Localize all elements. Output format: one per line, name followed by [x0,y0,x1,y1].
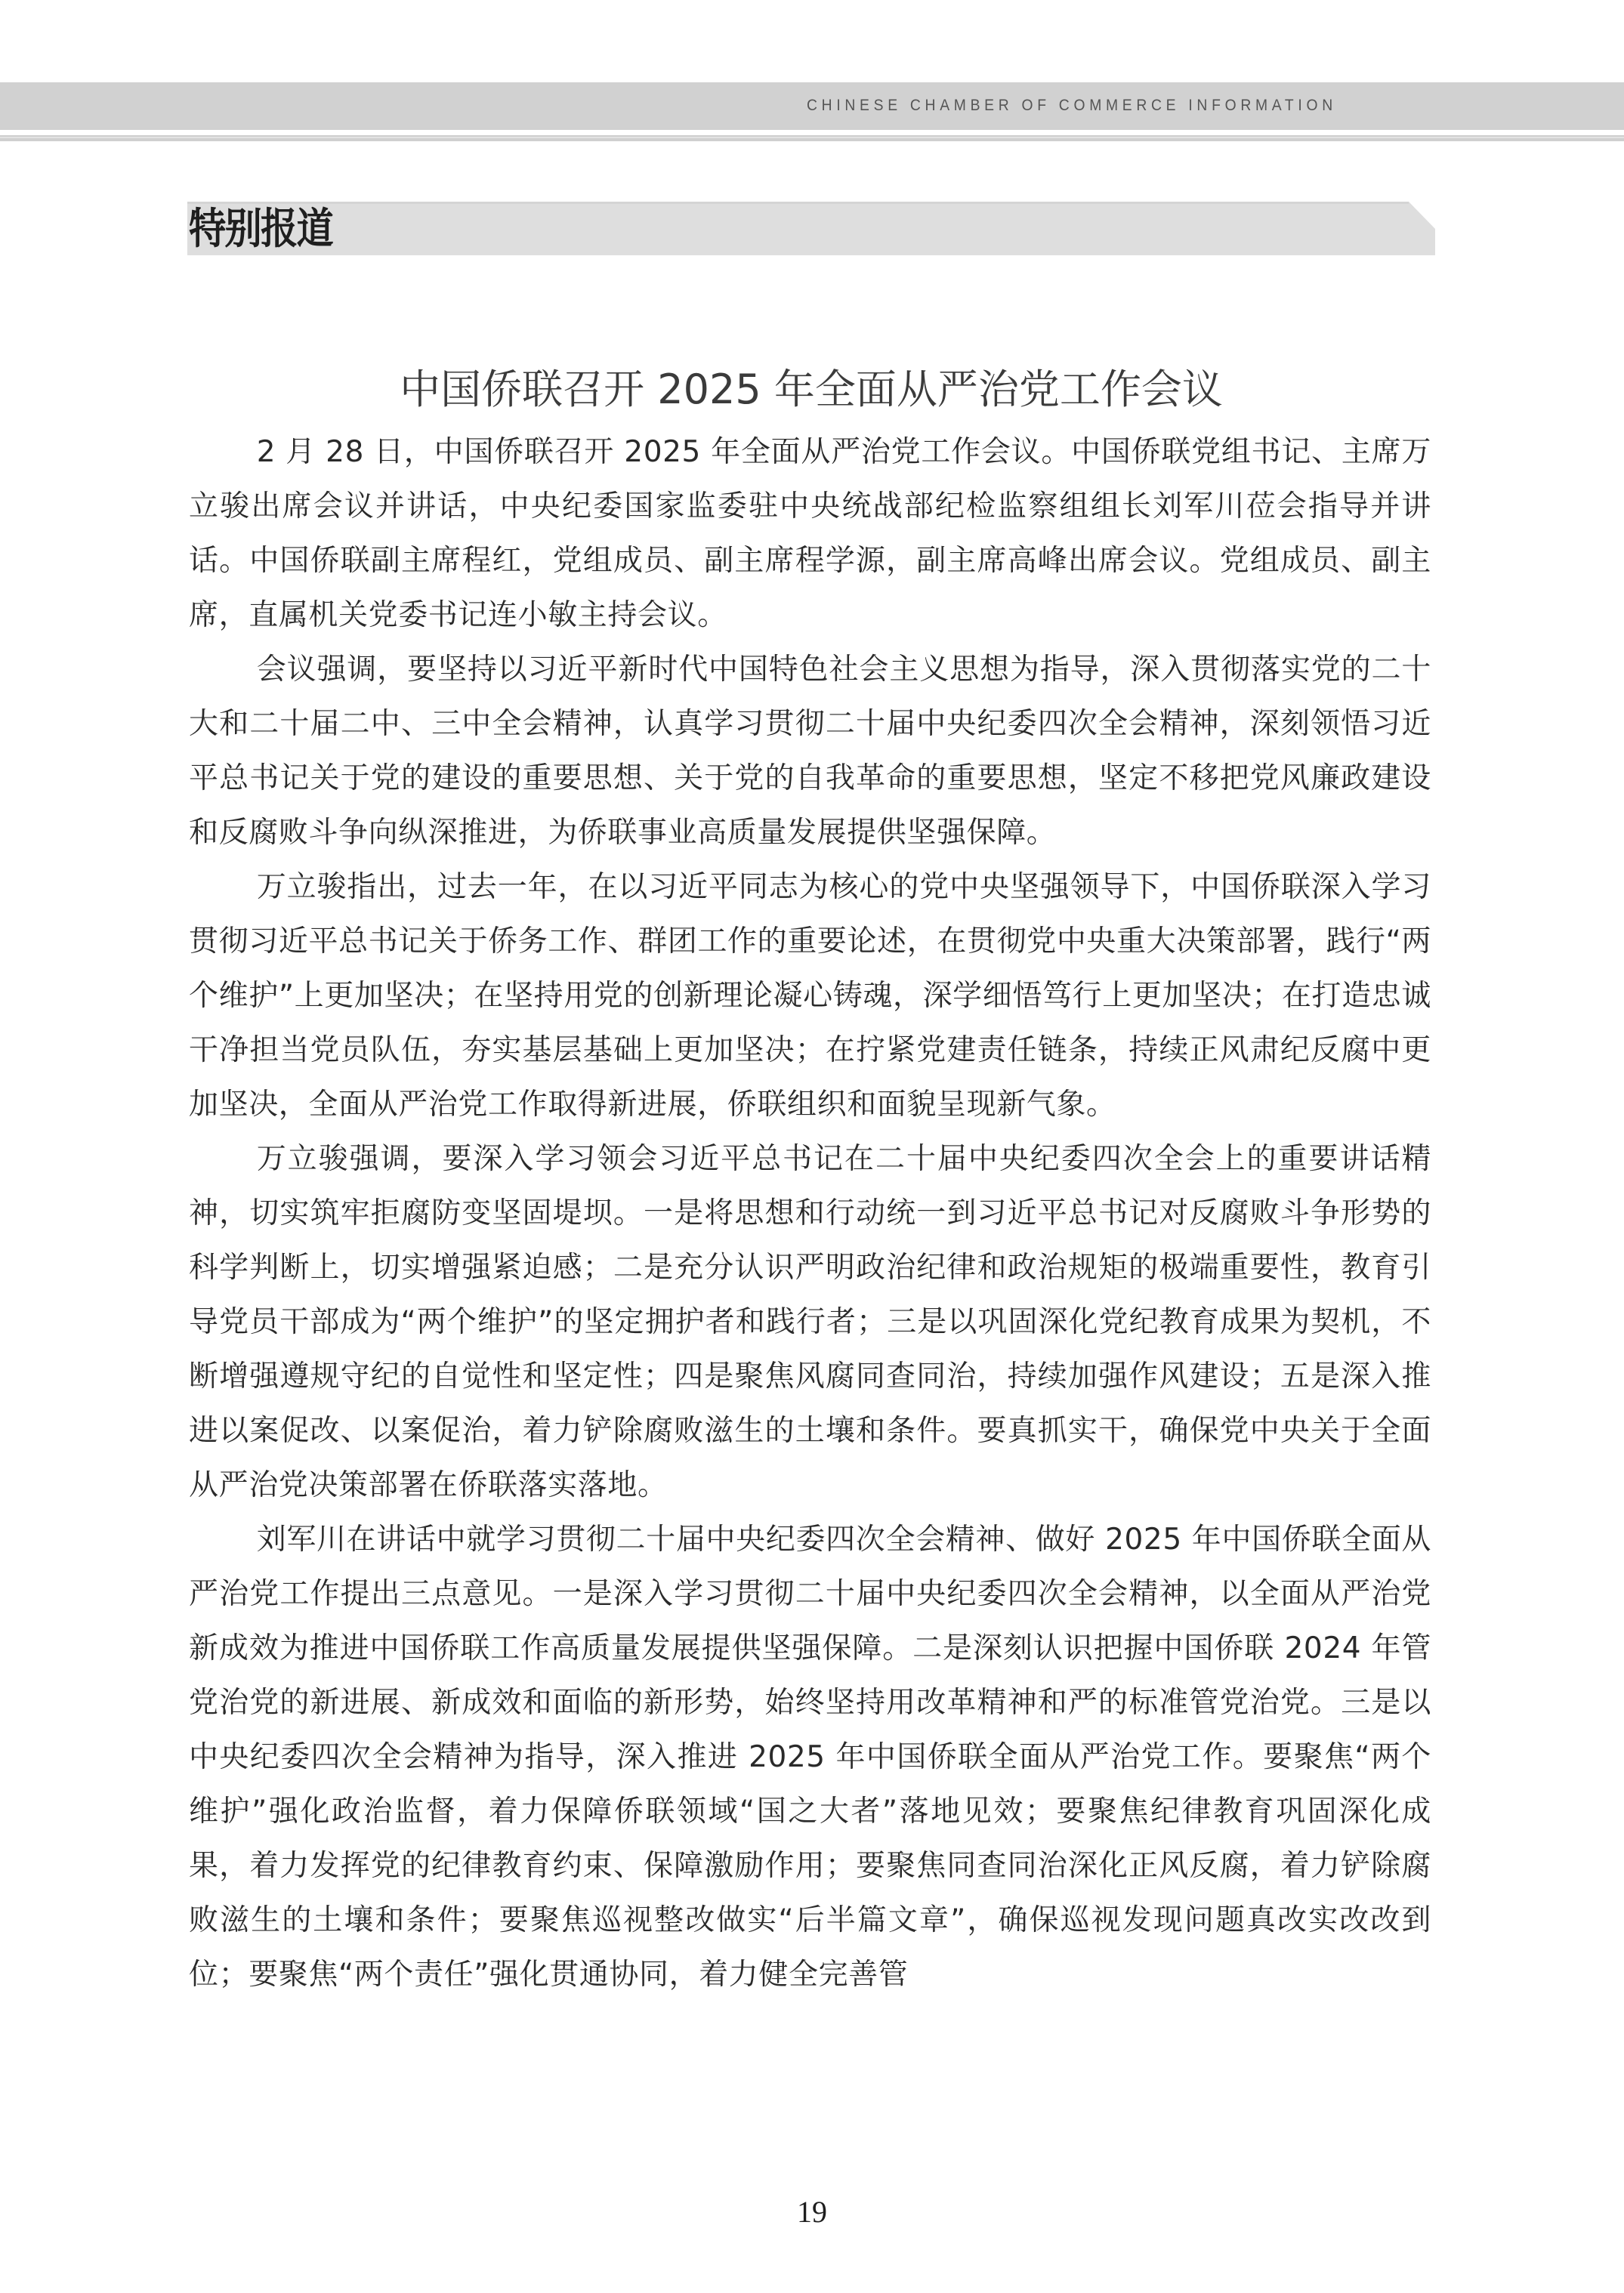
paragraph: 万立骏指出，过去一年，在以习近平同志为核心的党中央坚强领导下，中国侨联深入学习贯… [189,860,1431,1132]
paragraph: 会议强调，要坚持以习近平新时代中国特色社会主义思想为指导，深入贯彻落实党的二十大… [189,643,1431,860]
header-divider [0,135,1624,141]
page-number: 19 [774,2194,850,2230]
article-body: 2 月 28 日，中国侨联召开 2025 年全面从严治党工作会议。中国侨联党组书… [189,425,1431,2002]
section-banner [187,202,1435,255]
publication-name: CHINESE CHAMBER OF COMMERCE INFORMATION [807,97,1337,116]
article-title: 中国侨联召开 2025 年全面从严治党工作会议 [187,363,1435,417]
paragraph: 2 月 28 日，中国侨联召开 2025 年全面从严治党工作会议。中国侨联党组书… [189,425,1431,643]
section-label: 特别报道 [189,204,332,254]
section-banner-edge [187,202,1409,204]
paragraph: 刘军川在讲话中就学习贯彻二十届中央纪委四次全会精神、做好 2025 年中国侨联全… [189,1513,1431,2002]
paragraph: 万立骏强调，要深入学习领会习近平总书记在二十届中央纪委四次全会上的重要讲话精神，… [189,1132,1431,1513]
